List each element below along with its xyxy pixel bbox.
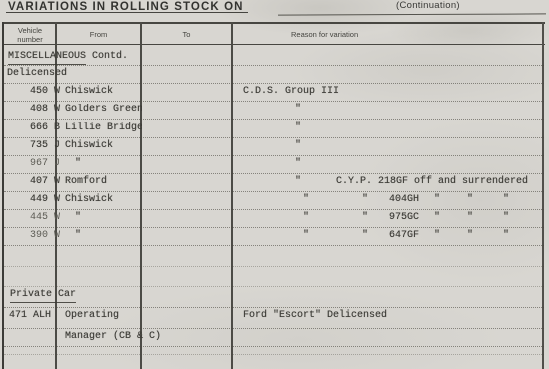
from-location: Chiswick xyxy=(65,86,113,98)
ditto-mark: " xyxy=(434,194,440,206)
table-row: 735 J Chiswick " xyxy=(4,137,544,156)
vehicle-number: 666 B xyxy=(30,122,60,134)
from-location: Operating xyxy=(65,310,119,322)
ditto-mark: " xyxy=(75,158,81,170)
vehicle-number: 407 W xyxy=(30,176,60,188)
table-row: 967 J " " xyxy=(4,155,544,174)
table-header-divider xyxy=(2,44,545,45)
subsection-heading-row: Delicensed xyxy=(4,65,544,84)
ditto-mark: " xyxy=(434,230,440,242)
ditto-mark: " xyxy=(503,194,509,206)
vehicle-number: 390 W xyxy=(30,230,60,242)
section-heading: MISCELLANEOUS xyxy=(8,51,86,65)
ditto-mark: " xyxy=(295,122,301,134)
ditto-mark: " xyxy=(503,230,509,242)
reason-text: C.Y.P. 218GF off and surrendered xyxy=(336,176,528,188)
ditto-mark: " xyxy=(434,212,440,224)
from-location: Chiswick xyxy=(65,140,113,152)
ditto-mark: " xyxy=(467,194,473,206)
continuation-label: (Continuation) xyxy=(396,0,460,11)
from-location-line2: Manager (CB & C) xyxy=(65,331,161,343)
column-header-reason: Reason for variation xyxy=(291,31,491,40)
registration-plate: 404GH xyxy=(389,194,419,206)
ditto-mark: " xyxy=(295,140,301,152)
from-location: Golders Green xyxy=(65,104,142,116)
ditto-mark: " xyxy=(503,212,509,224)
vehicle-number: 445 W xyxy=(30,212,60,224)
section-heading-row: MISCELLANEOUS Contd. xyxy=(4,48,544,66)
empty-row xyxy=(4,266,544,287)
column-header-vehicle-number: Vehicle number xyxy=(8,27,52,44)
registration-plate: 975GC xyxy=(389,212,419,224)
ditto-mark: " xyxy=(295,158,301,170)
from-location: Romford xyxy=(65,176,107,188)
registration-plate: 647GF xyxy=(389,230,419,242)
subsection-heading: Delicensed xyxy=(7,68,67,80)
table-row-continued: Manager (CB & C) xyxy=(4,328,544,347)
ditto-mark: " xyxy=(295,104,301,116)
ditto-mark: " xyxy=(467,212,473,224)
ditto-mark: " xyxy=(303,230,309,242)
vehicle-number: 471 ALH xyxy=(9,310,51,322)
continuation-underline xyxy=(278,13,546,15)
reason-text: Ford "Escort" Delicensed xyxy=(243,310,387,322)
table-row: 450 W Chiswick C.D.S. Group III xyxy=(4,83,544,102)
table-row: 449 W Chiswick " " 404GH " " " xyxy=(4,191,544,210)
vehicle-number: 967 J xyxy=(30,158,60,170)
column-header-from: From xyxy=(57,31,140,40)
ditto-mark: " xyxy=(362,212,368,224)
reason-text: C.D.S. Group III xyxy=(243,86,339,98)
ditto-mark: " xyxy=(75,230,81,242)
section-heading-row: Private Car xyxy=(4,286,544,308)
ditto-mark: " xyxy=(362,230,368,242)
ditto-mark: " xyxy=(467,230,473,242)
ditto-mark: " xyxy=(303,212,309,224)
empty-row xyxy=(4,346,544,355)
from-location: Chiswick xyxy=(65,194,113,206)
table-row: 390 W " " " 647GF " " " xyxy=(4,227,544,246)
table-top-border xyxy=(2,22,545,24)
table-row: 666 B Lillie Bridge " xyxy=(4,119,544,138)
ditto-mark: " xyxy=(362,194,368,206)
empty-row xyxy=(4,245,544,267)
from-location: Lillie Bridge xyxy=(65,122,142,134)
table-row: 471 ALH Operating Ford "Escort" Delicens… xyxy=(4,307,544,329)
ditto-mark: " xyxy=(295,176,301,188)
section-heading-suffix: Contd. xyxy=(92,51,128,63)
ditto-mark: " xyxy=(75,212,81,224)
title-underline xyxy=(6,12,248,13)
scanned-document-page: VARIATIONS IN ROLLING STOCK ON (Continua… xyxy=(0,0,549,369)
table-row: 408 W Golders Green " xyxy=(4,101,544,120)
ditto-mark: " xyxy=(303,194,309,206)
vehicle-number: 735 J xyxy=(30,140,60,152)
table-row: 407 W Romford " C.Y.P. 218GF off and sur… xyxy=(4,173,544,192)
column-header-to: To xyxy=(142,31,231,40)
vehicle-number: 450 W xyxy=(30,86,60,98)
vehicle-number: 449 W xyxy=(30,194,60,206)
vehicle-number: 408 W xyxy=(30,104,60,116)
section-heading: Private Car xyxy=(10,289,76,303)
table-row: 445 W " " " 975GC " " " xyxy=(4,209,544,228)
